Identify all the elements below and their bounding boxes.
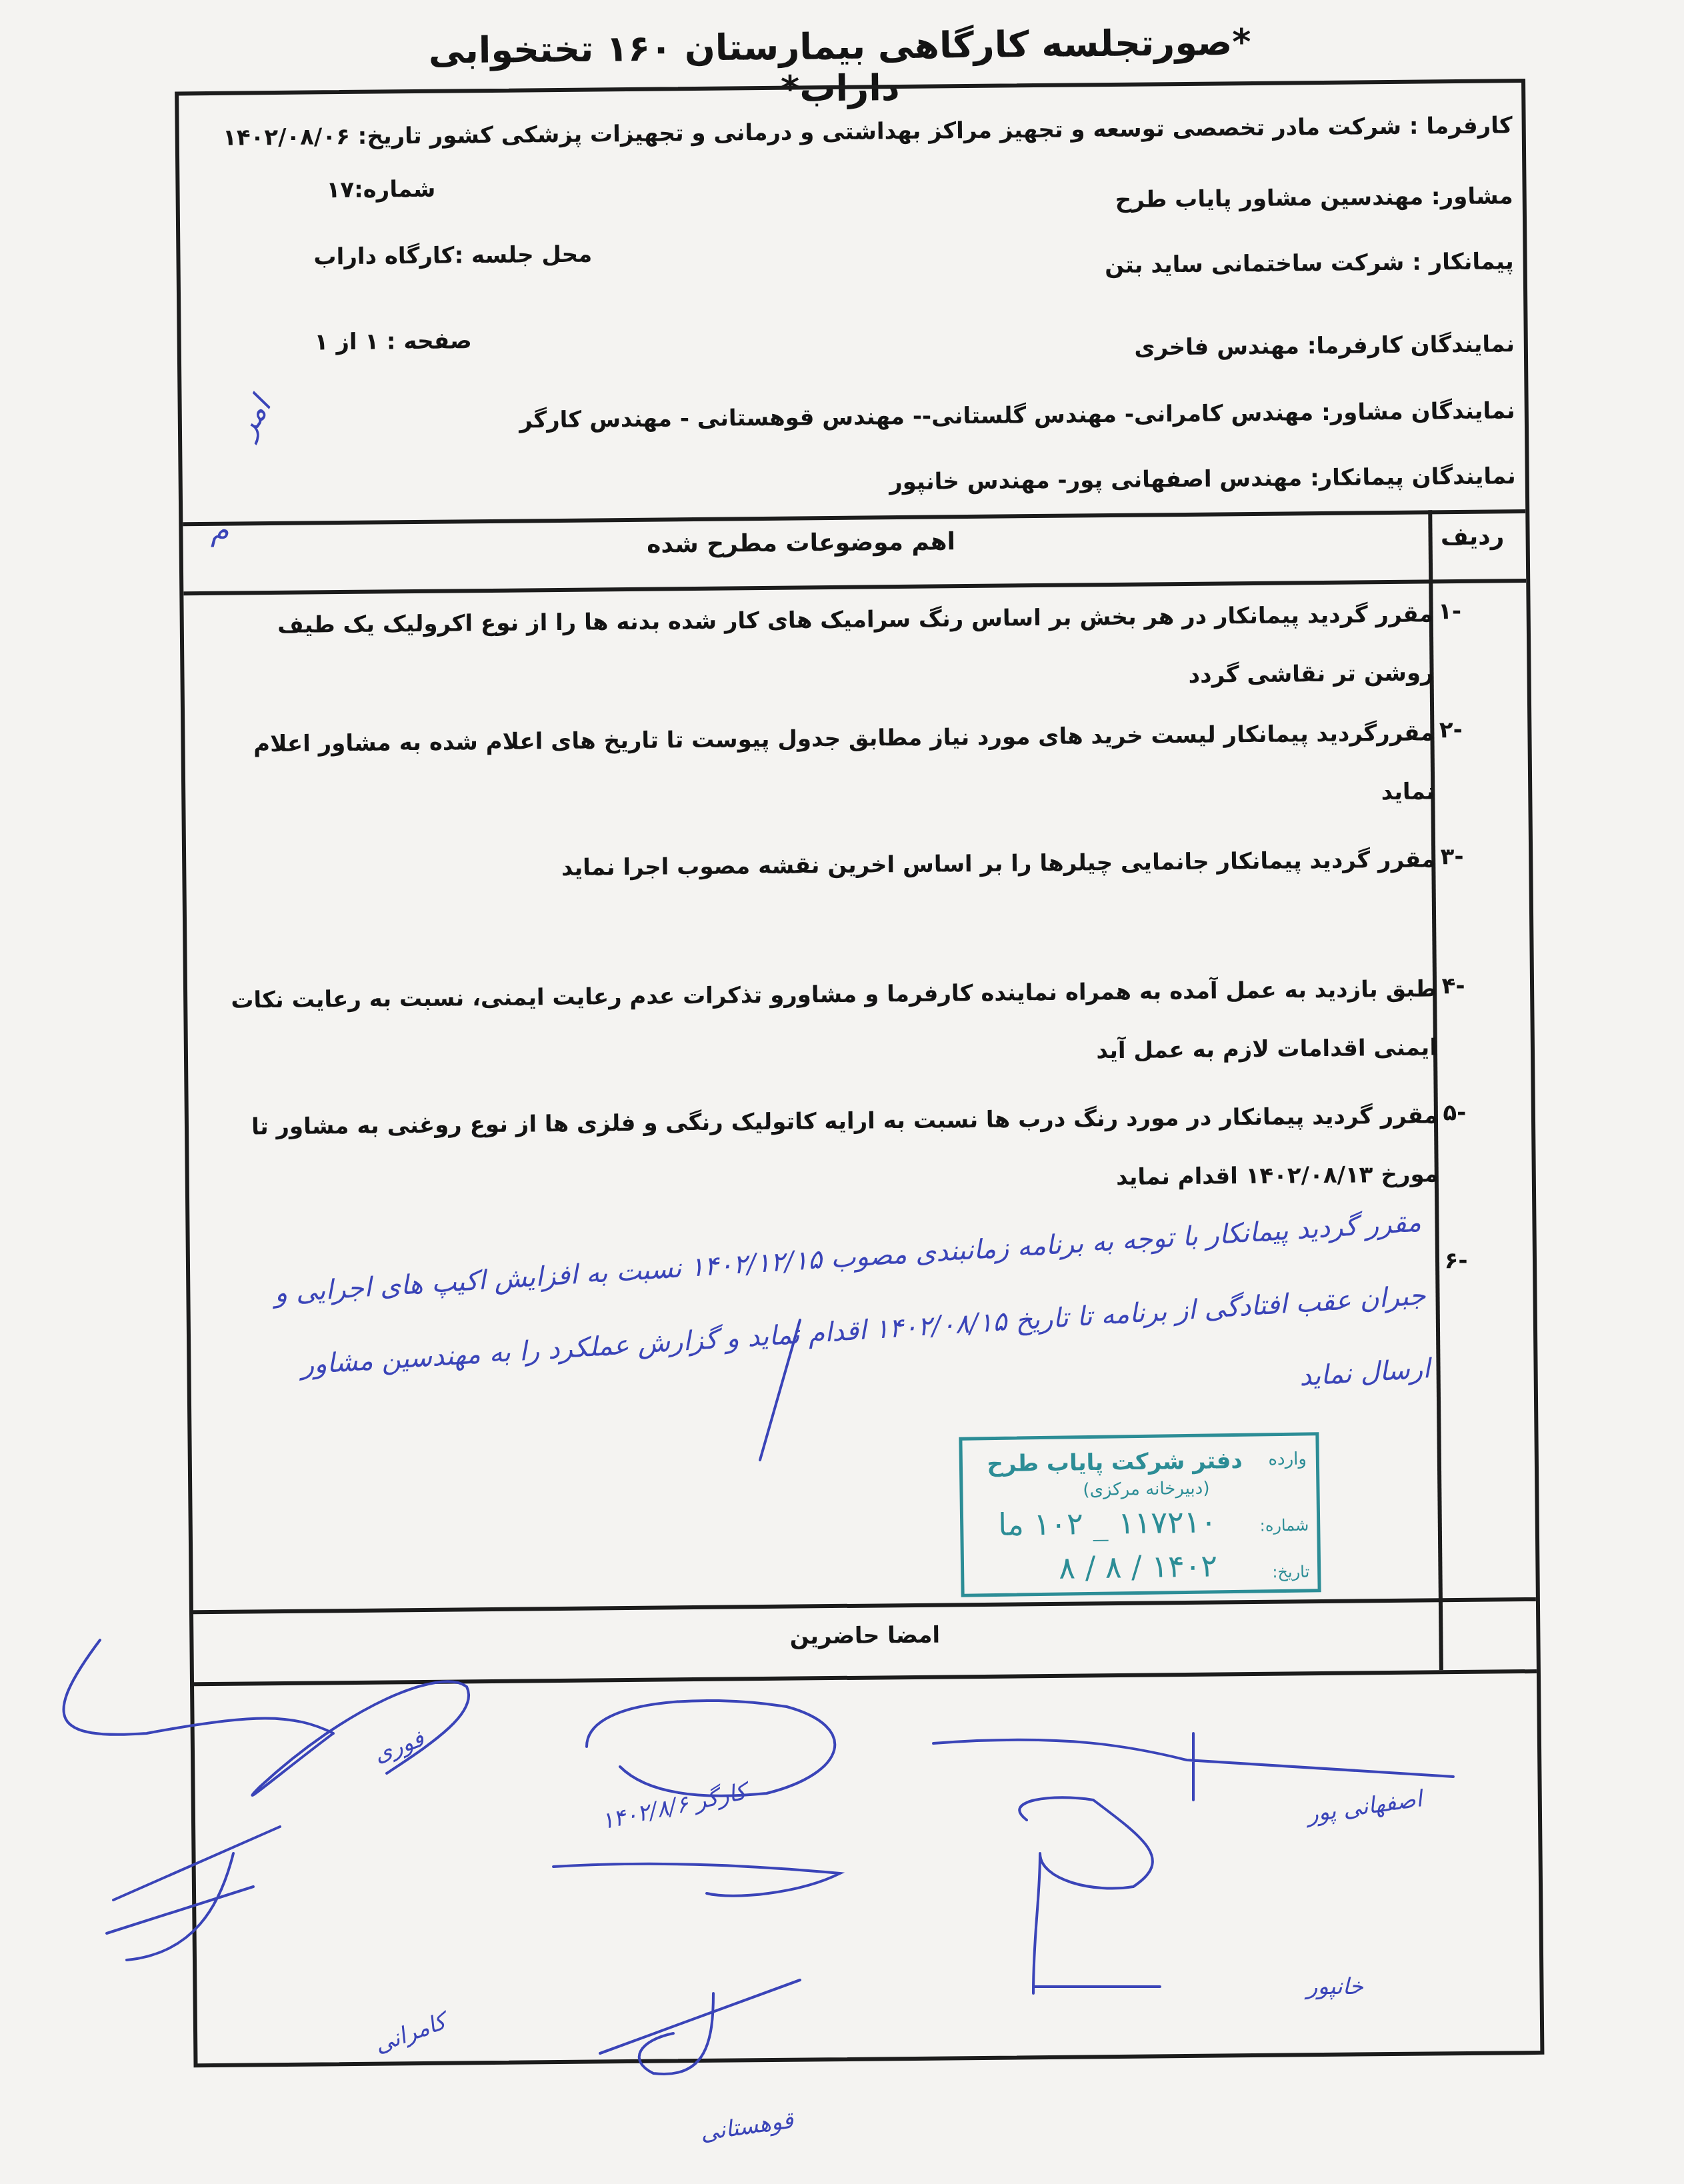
table-bottom-divider [193,1597,1536,1614]
margin-note-2: م [211,513,229,547]
topic-row: مقررگردید پیمانکار لیست خرید های مورد نی… [209,703,1435,833]
row-number: -۶ [1426,1247,1486,1275]
contractor-line: پیمانکار : شرکت ساختمانی ساید بتن [1105,248,1514,279]
stamp-title: دفتر شرکت پایاب طرح [987,1447,1243,1477]
location-value: کارگاه داراب [313,242,454,270]
number-line: شماره:۱۷ [326,176,435,204]
employer-label: کارفرما : [1409,112,1513,139]
stamp-number-label: شماره: [1260,1515,1309,1535]
topic-row: مقرر گردید پیمانکار جانمایی چیلرها را بر… [210,830,1436,901]
minutes-frame: کارفرما : شرکت مادر تخصصی توسعه و تجهیز … [175,79,1544,2067]
consultant-label: مشاور: [1431,183,1513,210]
page-label: صفحه : [387,327,472,355]
employer-value: شرکت مادر تخصصی توسعه و تجهیز مراکز بهدا… [429,113,1401,149]
signature-name: قوهستانی [699,2107,795,2146]
contractor-reps-line: نمایندگان پیمانکار: مهندس اصفهانی پور- م… [889,463,1516,495]
header-info: کارفرما : شرکت مادر تخصصی توسعه و تجهیز … [179,83,1525,522]
consultant-line: مشاور: مهندسین مشاور پایاب طرح [1115,183,1513,213]
topic-row: طبق بازدید به عمل آمده به همراه نماینده … [211,959,1438,1089]
page-value: ۱ از ۱ [315,329,379,356]
column-header-topics: اهم موضوعات مطرح شده [183,524,1419,563]
consultant-reps-value: مهندس کامرانی- مهندس گلستانی-- مهندس قوه… [519,399,1313,433]
location-line: محل جلسه :کارگاه داراب [313,241,592,270]
contractor-reps-label: نمایندگان پیمانکار: [1310,463,1516,491]
location-label: محل جلسه : [454,241,592,269]
signatures-header-divider [194,1669,1537,1686]
consultant-reps-label: نمایندگان مشاور: [1321,397,1515,426]
stamp-date-label: تاریخ: [1272,1562,1309,1581]
consultant-reps-line: نمایندگان مشاور: مهندس کامرانی- مهندس گل… [519,397,1515,433]
signature-name: خانپور [1307,1973,1363,2000]
column-header-row: ردیف [1432,523,1512,551]
stamp-prefix: وارده [1268,1449,1307,1470]
number-label: شماره: [354,176,436,203]
page-line: صفحه : ۱ از ۱ [315,327,473,355]
employer-reps-line: نمایندگان کارفرما: مهندس فاخری [1134,331,1515,361]
contractor-reps-value: مهندس اصفهانی پور- مهندس خانپور [889,465,1302,495]
received-stamp: وارده دفتر شرکت پایاب طرح (دبیرخانه مرکز… [959,1432,1321,1597]
number-value: ۱۷ [326,177,354,203]
contractor-value: شرکت ساختمانی ساید بتن [1105,249,1404,279]
stamp-number-value: ۱۱۷۲۱۰ _ ۱۰۲ ما [998,1503,1217,1543]
signatures-title: امضا حاضرین [193,1616,1536,1655]
stamp-date-value: ۱۴۰۲ / ۸ / ۸ [1059,1547,1217,1585]
topic-row: مقرر گردید پیمانکار در هر بخش بر اساس رن… [207,585,1434,714]
contractor-label: پیمانکار : [1412,248,1514,275]
consultant-value: مهندسین مشاور پایاب طرح [1115,183,1423,213]
date-label: تاریخ: [358,123,422,150]
stamp-subtitle: (دبیرخانه مرکزی) [1083,1479,1209,1501]
date-value: ۱۴۰۲/۰۸/۰۶ [223,123,350,151]
employer-reps-label: نمایندگان کارفرما: [1307,331,1515,359]
employer-reps-value: مهندس فاخری [1134,333,1299,361]
employer-line: کارفرما : شرکت مادر تخصصی توسعه و تجهیز … [223,112,1513,151]
